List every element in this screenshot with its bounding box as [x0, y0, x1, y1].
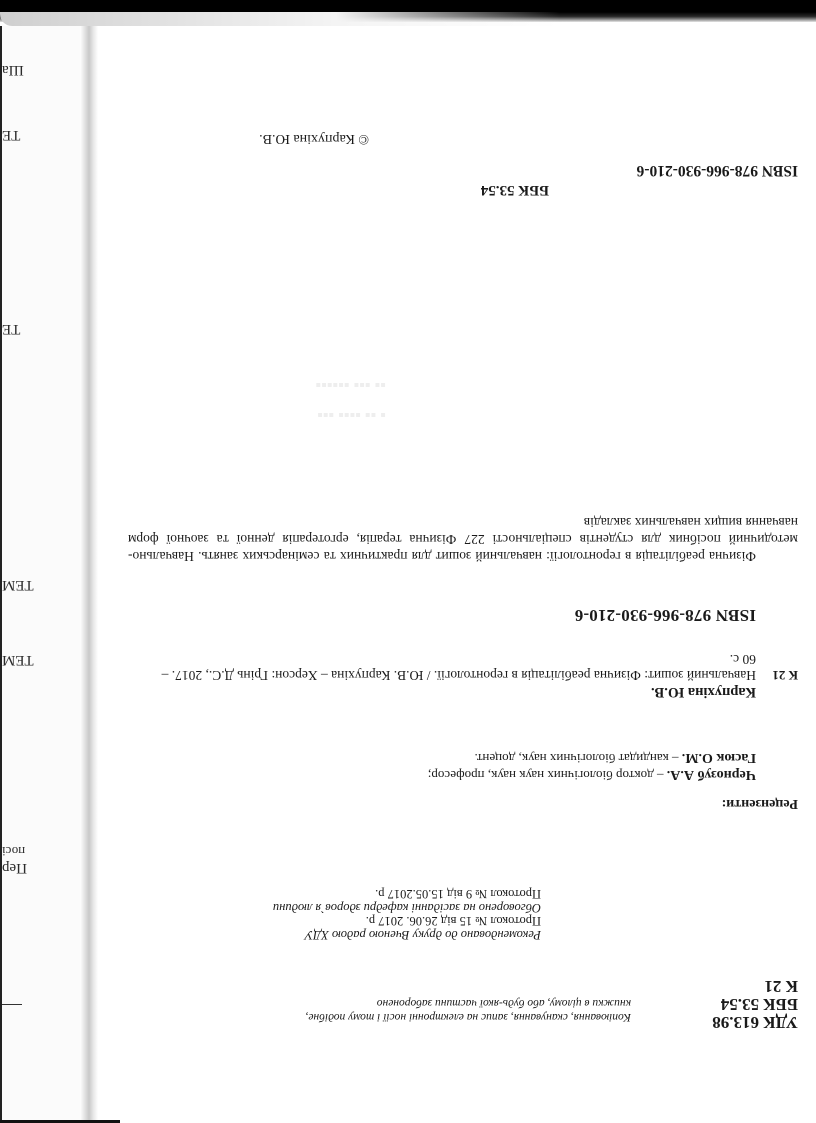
- bleed-through-text: ▪ ▪▪ ▪▪▪▪ ▪▪▪: [317, 405, 386, 423]
- reviewer-name: Гасюк О.М.: [682, 750, 756, 765]
- footer-bbk: ББК 53.54: [481, 181, 549, 198]
- facing-page-fragment: ТЕ: [2, 320, 76, 337]
- facing-page-fragment: ТЕМ: [2, 576, 76, 593]
- facing-page-rule: [2, 1004, 22, 1005]
- classification-codes: УДК 613.98 ББК 53.54 К 21: [712, 977, 798, 1031]
- catalog-isbn: ISBN 978-966-930-210-6: [575, 605, 756, 625]
- bbk-code: ББК 53.54: [712, 995, 798, 1013]
- catalog-author: Карпухіна Ю.В.: [651, 683, 756, 700]
- protocol-1: Протокол № 15 від 26.06. 2017 р.: [241, 914, 541, 928]
- reviewer-item: Гасюк О.М. – кандидат біологічних наук, …: [475, 749, 757, 766]
- facing-page-fragment: ТЕМ: [2, 651, 76, 668]
- catalog-mark: К 21: [772, 667, 798, 683]
- title-verso-page: ▪ ▪▪ ▪▪▪▪ ▪▪▪ ▪▪ ▪▪▪ ▪▪▪▪▪▪ УДК 613.98 Б…: [98, 26, 816, 1123]
- book-gutter-shadow: [80, 26, 98, 1123]
- annotation: Фізична реабілітація в геронтології: нав…: [128, 514, 798, 565]
- copyright-holder: Карпухіна Ю.В.: [259, 131, 355, 146]
- scanner-edge-top: [0, 0, 816, 22]
- facing-page-fragment: Ша: [2, 61, 76, 78]
- facing-page-fragment: ТЕ: [2, 126, 76, 143]
- facing-page-fragment: Пер: [2, 859, 76, 876]
- footer-isbn: ISBN 978-966-930-210-6: [637, 161, 798, 179]
- protocol-2: Протокол № 9 від 15.05.2017 р.: [241, 887, 541, 901]
- approval-block: Рекомендовано до друку Вченою радою ХДУ …: [241, 887, 541, 941]
- bleed-through-text: ▪▪ ▪▪▪ ▪▪▪▪▪▪: [316, 375, 386, 393]
- bibliographic-description: Навчальний зошит: Фізична реабілітація в…: [146, 651, 756, 683]
- facing-page-sliver: Ша ТЕ ТЕ ТЕМ ТЕМ посі Пер: [0, 26, 80, 1123]
- discussed-label: Обговорено на засіданні кафедри здоров`я…: [241, 901, 541, 915]
- udk-code: УДК 613.98: [712, 1013, 798, 1031]
- copyright-line: © Карпухіна Ю.В.: [259, 130, 369, 146]
- reviewer-desc: – доктор біологічних наук наук, професор…: [428, 768, 667, 783]
- copyright-icon: ©: [358, 131, 369, 146]
- recommended-label: Рекомендовано до друку Вченою радою ХДУ: [241, 928, 541, 942]
- copyright-notice: Копіювання, сканування, запис на електро…: [296, 996, 631, 1023]
- author-mark: К 21: [712, 977, 798, 995]
- reviewers-heading: Рецензенти:: [722, 795, 798, 811]
- facing-page-fragment: посі: [2, 843, 76, 859]
- reviewer-name: Чернозуб А.А.: [667, 767, 756, 782]
- reviewer-desc: – кандидат біологічних наук, доцент.: [475, 751, 682, 766]
- reviewer-item: Чернозуб А.А. – доктор біологічних наук …: [428, 766, 756, 783]
